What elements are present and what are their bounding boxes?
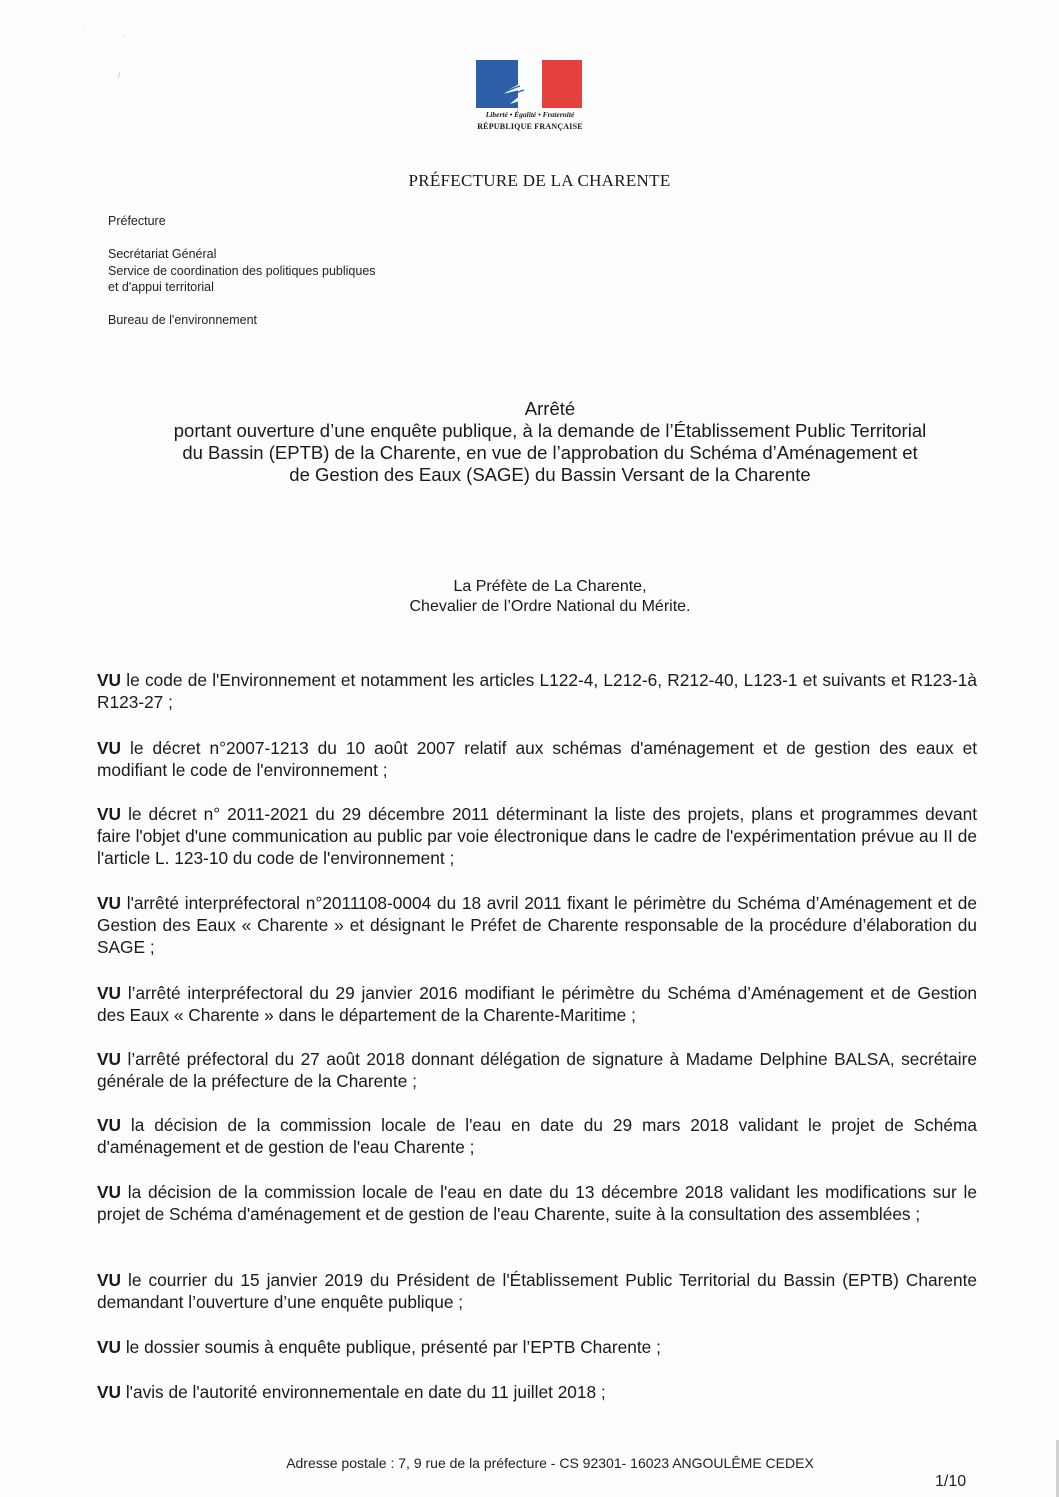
scan-artifact: ˙ [83,26,86,36]
visa-item: VU l'arrêté interpréfectoral n°2011108-0… [97,892,977,958]
visa-item: VU le décret n°2007-1213 du 10 août 2007… [97,737,977,781]
visa-item: VU l’arrêté interpréfectoral du 29 janvi… [97,982,977,1026]
document-page: ˙ · / Liberté • Égalité • Fraternité RÉP… [0,0,1059,1497]
service-appui: et d'appui territorial [108,279,214,296]
page-number: 1/10 [935,1473,966,1491]
service-coordination: Service de coordination des politiques p… [108,263,376,280]
authority-title: Chevalier de l’Ordre National du Mérite. [0,597,1059,617]
visa-item: VU le courrier du 15 janvier 2019 du Pré… [97,1269,977,1313]
visa-item: VU la décision de la commission locale d… [97,1181,977,1225]
visa-item: VU le décret n° 2011-2021 du 29 décembre… [97,803,977,869]
arrete-title: Arrêté portant ouverture d’une enquête p… [100,398,1000,486]
service-secretariat: Secrétariat Général [108,246,216,263]
visa-item: VU l'avis de l'autorité environnementale… [97,1381,977,1403]
visa-item: VU la décision de la commission locale d… [97,1114,977,1158]
service-prefecture: Préfecture [108,213,166,230]
visa-item: VU l’arrêté préfectoral du 27 août 2018 … [97,1048,977,1092]
arrete-subtitle-line: de Gestion des Eaux (SAGE) du Bassin Ver… [100,464,1000,486]
scan-artifact: / [118,70,121,80]
arrete-subtitle-line: portant ouverture d’une enquête publique… [100,420,1000,442]
service-bureau: Bureau de l'environnement [108,312,257,329]
scan-artifact: · [122,30,125,40]
visa-item: VU le code de l'Environnement et notamme… [97,669,977,713]
prefecture-title: PRÉFECTURE DE LA CHARENTE [0,171,1059,191]
logo-motto: Liberté • Égalité • Fraternité [474,110,586,119]
republic-logo: Liberté • Égalité • Fraternité RÉPUBLIQU… [474,60,586,140]
visa-item: VU le dossier soumis à enquête publique,… [97,1336,977,1358]
authority-block: La Préfète de La Charente, Chevalier de … [0,577,1059,617]
marianne-flag-icon [476,60,582,108]
arrete-subtitle-line: du Bassin (EPTB) de la Charente, en vue … [100,442,1000,464]
logo-republic: RÉPUBLIQUE FRANÇAISE [474,122,586,131]
authority-name: La Préfète de La Charente, [0,577,1059,597]
footer-address: Adresse postale : 7, 9 rue de la préfect… [0,1455,1059,1471]
arrete-heading: Arrêté [100,398,1000,420]
marianne-profile-icon [496,64,556,108]
